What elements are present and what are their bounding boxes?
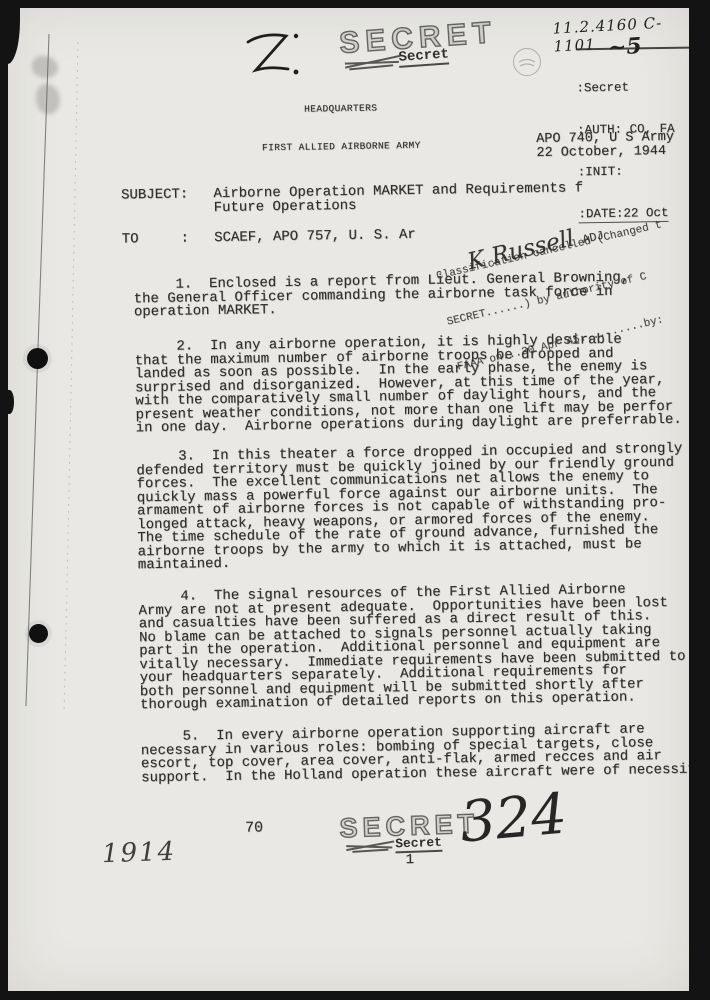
handwritten-file-number-2: ~5 [607, 33, 642, 61]
handwritten-page-mark: 324 [457, 781, 569, 855]
signature-text: K Russell [465, 225, 577, 275]
secret-stamp-small-text: Secret [398, 46, 450, 67]
classification-row-secret: :Secret [576, 79, 689, 95]
handwritten-z-mark [240, 26, 316, 82]
signature-suffix: ADJ [581, 229, 605, 248]
to-line: TO : SCAEF, APO 757, U. S. Ar [122, 229, 416, 247]
headquarters-heading: HEADQUARTERS FIRST ALLIED AIRBORNE ARMY [170, 75, 512, 180]
apo-dateline: APO 740, U S Army 22 October, 1944 [536, 131, 674, 160]
secret-stamp-small-text: Secret [395, 835, 442, 854]
footer-typed-number: 70 [245, 819, 263, 836]
classification-row-init: :INIT: [578, 163, 689, 179]
army-name-line: FIRST ALLIED AIRBORNE ARMY [171, 138, 511, 156]
paragraph-5: 5. In every airborne operation supportin… [140, 723, 689, 786]
microfilm-frame: HEADQUARTERS FIRST ALLIED AIRBORNE ARMY … [0, 0, 710, 1000]
headquarters-line: HEADQUARTERS [171, 100, 511, 118]
document-page: HEADQUARTERS FIRST ALLIED AIRBORNE ARMY … [8, 8, 689, 991]
circular-stamp-icon [513, 48, 541, 76]
handwritten-corner-number: 1914 [101, 837, 176, 870]
subject-line: SUBJECT: Airborne Operation MARKET and R… [121, 182, 583, 216]
paragraph-4: 4. The signal resources of the First All… [138, 583, 686, 713]
paragraph-3: 3. In this theater a force dropped in oc… [136, 443, 684, 573]
punch-hole [29, 624, 48, 643]
punch-hole [27, 348, 48, 369]
stamp-strikeout-squiggle [344, 838, 398, 854]
stamp-strikeout-squiggle [342, 52, 405, 72]
